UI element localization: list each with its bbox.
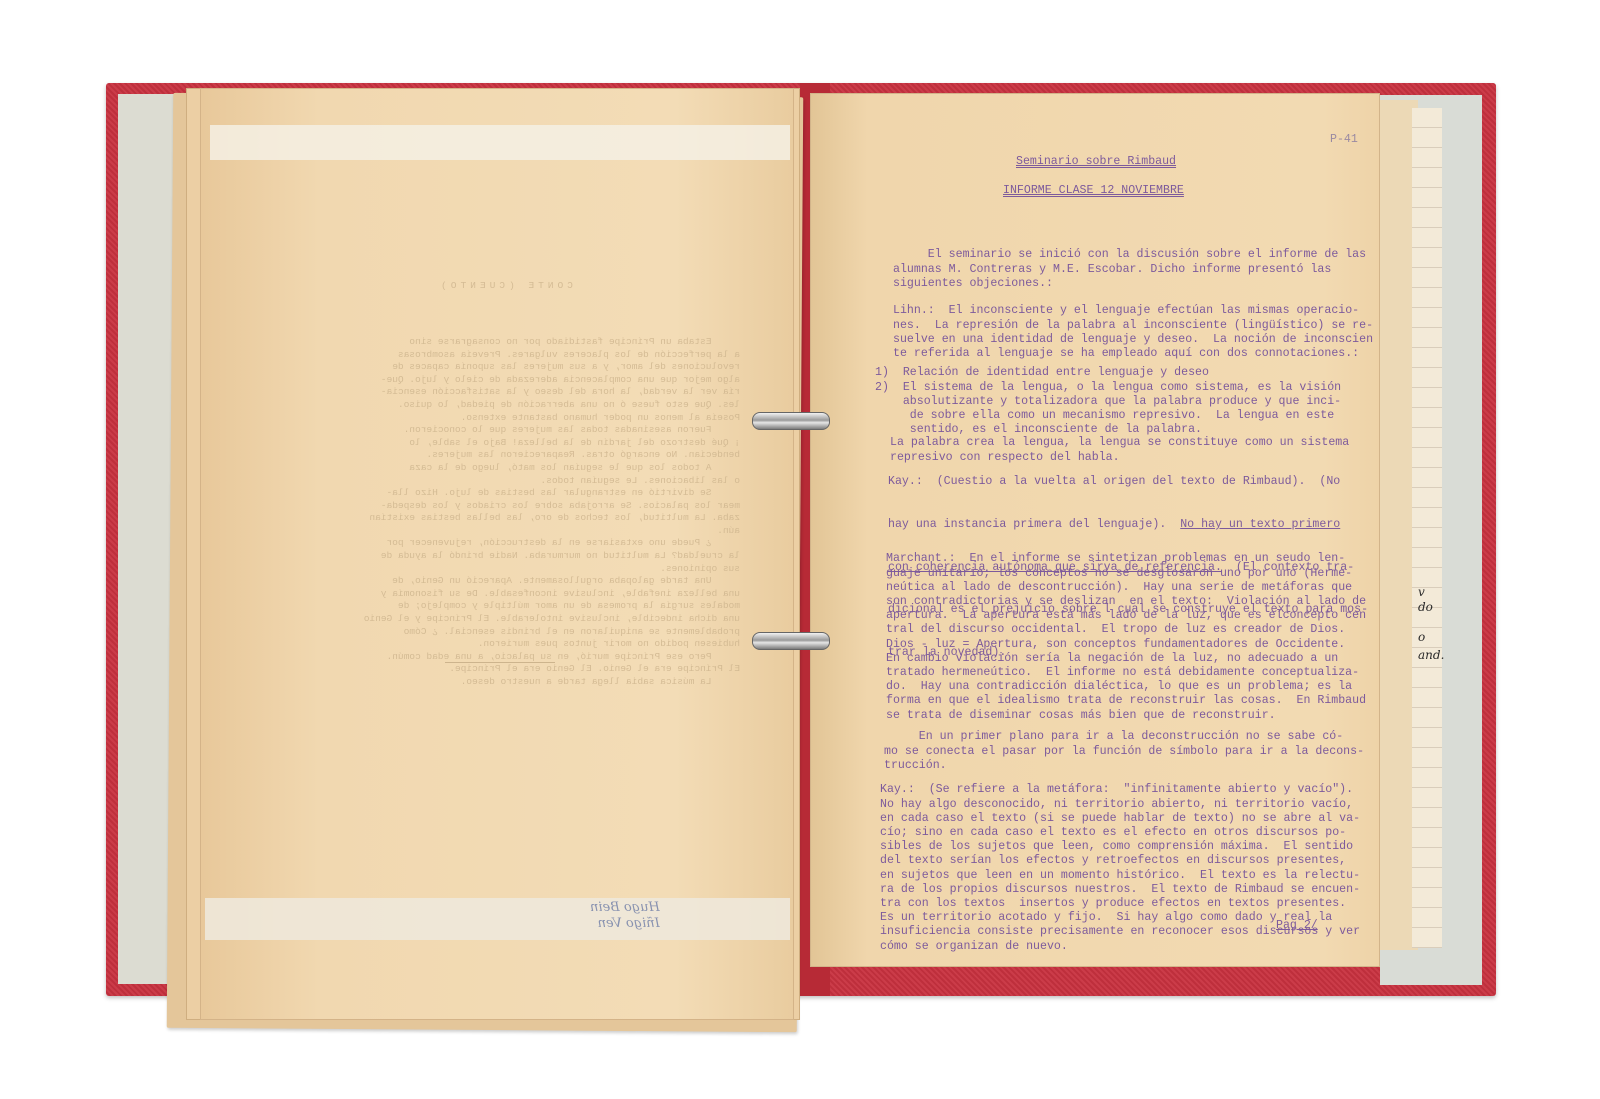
show-through-line: una dicha indecible, inclusive intolerab… [270,613,740,626]
show-through-line: algo mejor que una complacencia aderezad… [270,374,740,387]
page-code: P-41 [1330,133,1358,147]
show-through-line: ría ver la verdad, la hora del deseo y l… [270,386,740,399]
show-through-line: ¡ Qué destrozo del jardín de la belleza!… [270,437,740,450]
show-through-line: probablemente se aniquilaron en el brind… [270,626,740,639]
binder-ring-top [752,412,830,430]
show-through-line: mear los palacios. Se arrojaba sobre los… [270,500,740,513]
show-through-body: Estaba un Príncipe fastidiado por no con… [270,336,740,689]
margin-note: o [1418,630,1425,644]
show-through-line: hubiesen podido no morir juntos pues mur… [270,638,740,651]
show-through-line: la crueldad? La multitud no murmuraba. N… [270,550,740,563]
show-through-line: sus opiniones. [270,563,740,576]
show-through-line: ¿ Puede uno extasiarse en la destrucción… [270,537,740,550]
show-through-line: modales surgía la promesa de un amor múl… [270,600,740,613]
margin-note: v [1418,585,1425,599]
show-through-line: a la perfección de los placeres vulgares… [270,349,740,362]
margin-note: do [1418,600,1433,614]
handwritten-signature: Hugo Bein Iñigo Ven [590,900,660,932]
tape-strip-top [210,125,790,160]
show-through-line: revoluciones del amor, y a sus mujeres l… [270,361,740,374]
show-through-text: CONTE (CUENTO) Estaba un Príncipe fastid… [270,255,740,701]
document-subtitle: INFORME CLASE 12 NOVIEMBRE [1003,184,1184,198]
show-through-line: Estaba un Príncipe fastidiado por no con… [270,336,740,349]
show-through-line: Fueron asesinadas todas las mujeres que … [270,424,740,437]
document-title: Seminario sobre Rimbaud [1016,155,1176,169]
show-through-line: Una tarde galopaba orgullosamente. Apare… [270,575,740,588]
show-through-rule [445,662,555,663]
show-through-line: El Príncipe era el Genio. El Genio era e… [270,663,740,676]
show-through-line: zaba. La multitud, los techos de oro, la… [270,512,740,525]
show-through-line: les. Que esto fuese ó no una aberración … [270,399,740,412]
show-through-line: Poseía al menos un poder humano bastante… [270,412,740,425]
page-number: Pag 2/ [1276,919,1318,933]
show-through-title: CONTE (CUENTO) [270,280,740,293]
show-through-line: aún. [270,525,740,538]
binder-ring-bottom [752,632,830,650]
show-through-line: o las libaciones. Le seguían todos. [270,475,740,488]
show-through-line: La música sabia llega tarde a nuestro de… [270,676,740,689]
lined-notebook-sheet [1412,108,1442,948]
kay-paragraph-2: Kay.: (Se refiere a la metáfora: "infini… [880,755,1360,968]
show-through-line: A todos los que le seguían los mató, lue… [270,462,740,475]
show-through-line: una belleza inefable, inclusive inconfes… [270,588,740,601]
show-through-line: Se divirtió en estrangular las bestias d… [270,487,740,500]
show-through-line: bendecían. No encargó otras. Reaparecier… [270,449,740,462]
margin-note: and. [1418,648,1444,662]
tape-strip-bottom [205,898,790,940]
